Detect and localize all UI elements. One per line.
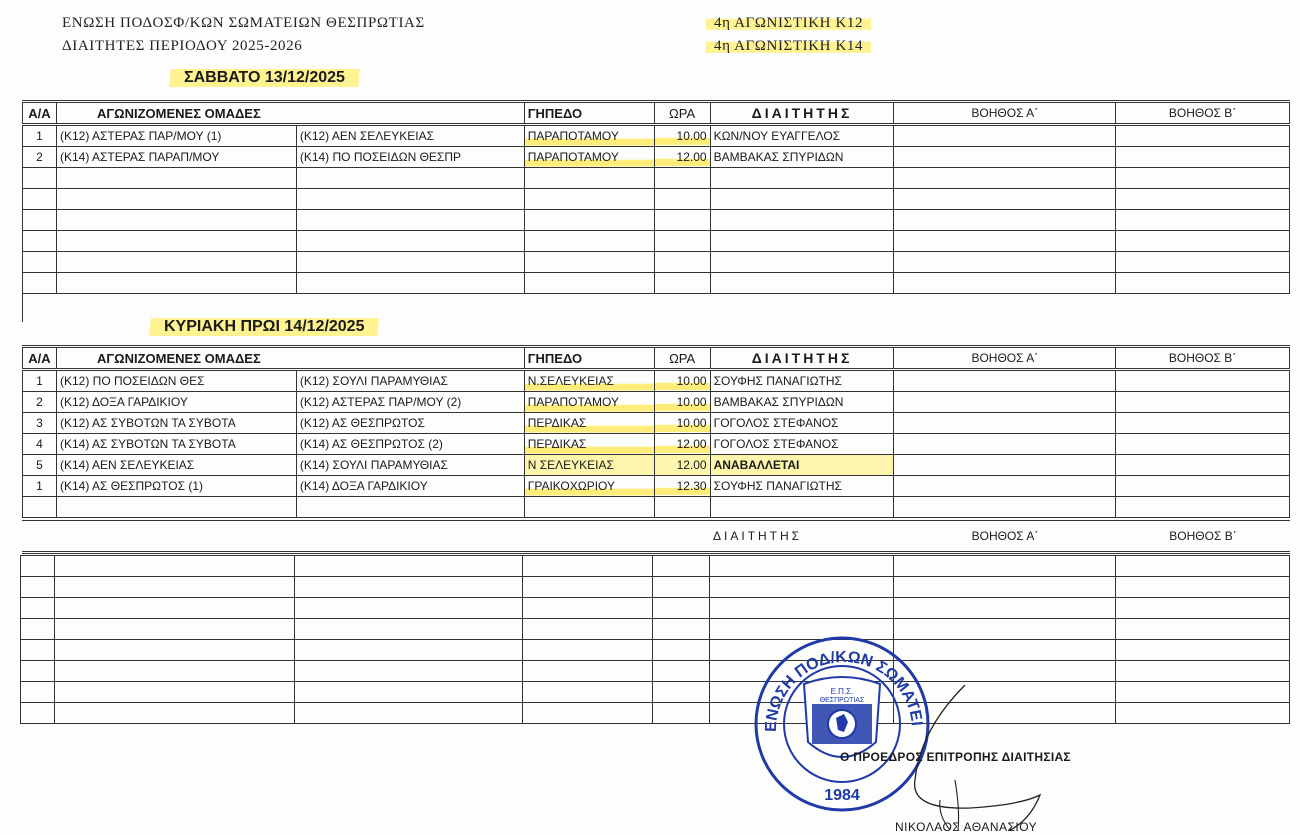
referee-name: ΣΟΥΦΗΣ ΠΑΝΑΓΙΩΤΗΣ bbox=[710, 476, 894, 497]
empty-cell bbox=[894, 273, 1116, 294]
round-k12-label: 4η ΑΓΩΝΙΣΤΙΚΗ Κ12 bbox=[706, 15, 871, 31]
empty-cell bbox=[894, 168, 1116, 189]
empty-cell bbox=[710, 168, 894, 189]
empty-cell bbox=[1116, 168, 1290, 189]
empty-cell bbox=[55, 661, 295, 682]
col-assistant-a: ΒΟΗΘΟΣ Α΄ bbox=[894, 347, 1116, 370]
empty-row bbox=[23, 189, 1290, 210]
empty-row bbox=[23, 210, 1290, 231]
document-header-left: ΕΝΩΣΗ ΠΟΔΟΣΦ/ΚΩΝ ΣΩΜΑΤΕΙΩΝ ΘΕΣΠΡΩΤΙΑΣ ΔΙ… bbox=[62, 12, 425, 58]
empty-cell bbox=[654, 273, 710, 294]
venue: ΠΕΡΔΙΚΑΣ bbox=[524, 434, 654, 455]
assistant-b bbox=[1116, 147, 1290, 168]
empty-cell bbox=[21, 577, 55, 598]
empty-cell bbox=[1115, 556, 1289, 577]
empty-cell bbox=[23, 273, 57, 294]
empty-cell bbox=[295, 661, 523, 682]
table-row: 4(Κ14) ΑΣ ΣΥΒΟΤΩΝ ΤΑ ΣΥΒΟΤΑ(Κ14) ΑΣ ΘΕΣΠ… bbox=[23, 434, 1290, 455]
empty-cell bbox=[1115, 640, 1289, 661]
empty-cell bbox=[296, 168, 524, 189]
empty-cell bbox=[709, 556, 893, 577]
match-number: 5 bbox=[23, 455, 57, 476]
empty-cell bbox=[55, 556, 295, 577]
empty-row bbox=[23, 252, 1290, 273]
away-team: (Κ14) ΑΣ ΘΕΣΠΡΩΤΟΣ (2) bbox=[296, 434, 524, 455]
table-row: 2(Κ14) ΑΣΤΕΡΑΣ ΠΑΡΑΠ/ΜΟΥ(Κ14) ΠΟ ΠΟΣΕΙΔΩ… bbox=[23, 147, 1290, 168]
assistant-a bbox=[894, 392, 1116, 413]
home-team: (Κ14) ΑΣ ΘΕΣΠΡΩΤΟΣ (1) bbox=[56, 476, 296, 497]
empty-cell bbox=[653, 577, 709, 598]
empty-cell bbox=[296, 252, 524, 273]
empty-cell bbox=[21, 640, 55, 661]
table-row: 3(Κ12) ΑΣ ΣΥΒΟΤΩΝ ΤΑ ΣΥΒΟΤΑ(Κ12) ΑΣ ΘΕΣΠ… bbox=[23, 413, 1290, 434]
empty-cell bbox=[894, 497, 1116, 518]
col-time: ΩΡΑ bbox=[654, 102, 710, 125]
table-row: 1(Κ12) ΑΣΤΕΡΑΣ ΠΑΡ/ΜΟΥ (1)(Κ12) ΑΕΝ ΣΕΛΕ… bbox=[23, 125, 1290, 147]
home-team: (Κ12) ΠΟ ΠΟΣΕΙΔΩΝ ΘΕΣ bbox=[56, 370, 296, 392]
match-number: 1 bbox=[23, 476, 57, 497]
col-referee: ΔΙΑΙΤΗΤΗΣ bbox=[710, 347, 894, 370]
empty-row bbox=[21, 619, 1290, 640]
col-venue: ΓΗΠΕΔΟ bbox=[524, 102, 654, 125]
extra-col-assistant-b: ΒΟΗΘΟΣ Β΄ bbox=[1116, 521, 1290, 553]
empty-cell bbox=[894, 210, 1116, 231]
kickoff-time: 10.00 bbox=[654, 125, 710, 147]
empty-cell bbox=[894, 189, 1116, 210]
empty-row bbox=[23, 168, 1290, 189]
home-team: (Κ12) ΑΣ ΣΥΒΟΤΩΝ ΤΑ ΣΥΒΟΤΑ bbox=[56, 413, 296, 434]
empty-cell bbox=[893, 598, 1115, 619]
empty-cell bbox=[710, 252, 894, 273]
empty-cell bbox=[653, 703, 709, 724]
assistant-a bbox=[894, 476, 1116, 497]
svg-text:Ε.Π.Σ.: Ε.Π.Σ. bbox=[831, 687, 854, 696]
empty-row bbox=[21, 577, 1290, 598]
empty-cell bbox=[523, 577, 653, 598]
organization-name: ΕΝΩΣΗ ΠΟΔΟΣΦ/ΚΩΝ ΣΩΜΑΤΕΙΩΝ ΘΕΣΠΡΩΤΙΑΣ bbox=[62, 12, 425, 35]
empty-cell bbox=[653, 598, 709, 619]
col-assistant-a: ΒΟΗΘΟΣ Α΄ bbox=[894, 102, 1116, 125]
venue: ΠΑΡΑΠΟΤΑΜΟΥ bbox=[524, 392, 654, 413]
empty-cell bbox=[523, 556, 653, 577]
away-team: (Κ12) ΣΟΥΛΙ ΠΑΡΑΜΥΘΙΑΣ bbox=[296, 370, 524, 392]
referee-name: ΓΟΓΟΛΟΣ ΣΤΕΦΑΝΟΣ bbox=[710, 434, 894, 455]
assistant-b bbox=[1116, 125, 1290, 147]
assistant-b bbox=[1116, 413, 1290, 434]
assistant-a bbox=[894, 434, 1116, 455]
empty-cell bbox=[23, 168, 57, 189]
empty-cell bbox=[653, 556, 709, 577]
sunday-schedule-table: Α/Α ΑΓΩΝΙΖΟΜΕΝΕΣ ΟΜΑΔΕΣ ΓΗΠΕΔΟ ΩΡΑ ΔΙΑΙΤ… bbox=[22, 345, 1290, 518]
empty-cell bbox=[296, 189, 524, 210]
empty-cell bbox=[710, 273, 894, 294]
empty-cell bbox=[296, 497, 524, 518]
empty-cell bbox=[1116, 189, 1290, 210]
assistant-a bbox=[894, 147, 1116, 168]
empty-cell bbox=[524, 497, 654, 518]
assistant-b bbox=[1116, 455, 1290, 476]
empty-cell bbox=[296, 231, 524, 252]
match-number: 2 bbox=[23, 392, 57, 413]
empty-cell bbox=[1116, 497, 1290, 518]
kickoff-time: 10.00 bbox=[654, 392, 710, 413]
table-row: 5(Κ14) ΑΕΝ ΣΕΛΕΥΚΕΙΑΣ(Κ14) ΣΟΥΛΙ ΠΑΡΑΜΥΘ… bbox=[23, 455, 1290, 476]
col-aa: Α/Α bbox=[23, 347, 57, 370]
empty-cell bbox=[524, 231, 654, 252]
signature-title: Ο ΠΡΟΕΔΡΟΣ ΕΠΙΤΡΟΠΗΣ ΔΙΑΙΤΗΣΙΑΣ bbox=[840, 750, 1071, 764]
empty-cell bbox=[894, 252, 1116, 273]
empty-cell bbox=[21, 598, 55, 619]
venue: Ν ΣΕΛΕΥΚΕΙΑΣ bbox=[524, 455, 654, 476]
table-row: 1(Κ14) ΑΣ ΘΕΣΠΡΩΤΟΣ (1)(Κ14) ΔΟΞΑ ΓΑΡΔΙΚ… bbox=[23, 476, 1290, 497]
empty-cell bbox=[295, 682, 523, 703]
empty-cell bbox=[55, 619, 295, 640]
empty-row bbox=[23, 497, 1290, 518]
empty-cell bbox=[56, 497, 296, 518]
assistant-b bbox=[1116, 434, 1290, 455]
empty-cell bbox=[710, 189, 894, 210]
empty-cell bbox=[56, 273, 296, 294]
empty-cell bbox=[23, 497, 57, 518]
empty-cell bbox=[295, 619, 523, 640]
empty-cell bbox=[23, 252, 57, 273]
referee-name: ΑΝΑΒΑΛΛΕΤΑΙ bbox=[710, 455, 894, 476]
empty-cell bbox=[894, 231, 1116, 252]
empty-cell bbox=[654, 231, 710, 252]
empty-cell bbox=[1115, 661, 1289, 682]
season-label: ΔΙΑΙΤΗΤΕΣ ΠΕΡΙΟΔΟΥ 2025-2026 bbox=[62, 35, 425, 58]
venue: Ν.ΣΕΛΕΥΚΕΙΑΣ bbox=[524, 370, 654, 392]
col-assistant-b: ΒΟΗΘΟΣ Β΄ bbox=[1116, 347, 1290, 370]
empty-cell bbox=[56, 231, 296, 252]
empty-cell bbox=[1116, 252, 1290, 273]
venue: ΠΑΡΑΠΟΤΑΜΟΥ bbox=[524, 125, 654, 147]
referee-name: ΒΑΜΒΑΚΑΣ ΣΠΥΡΙΔΩΝ bbox=[710, 392, 894, 413]
away-team: (Κ14) ΠΟ ΠΟΣΕΙΔΩΝ ΘΕΣΠΡ bbox=[296, 147, 524, 168]
empty-cell bbox=[56, 252, 296, 273]
empty-cell bbox=[709, 577, 893, 598]
empty-cell bbox=[1115, 577, 1289, 598]
empty-cell bbox=[523, 682, 653, 703]
kickoff-time: 10.00 bbox=[654, 370, 710, 392]
empty-cell bbox=[1115, 682, 1289, 703]
saturday-title: ΣΑΒΒΑΤΟ 13/12/2025 bbox=[169, 69, 360, 87]
empty-cell bbox=[523, 619, 653, 640]
empty-cell bbox=[893, 556, 1115, 577]
col-teams: ΑΓΩΝΙΖΟΜΕΝΕΣ ΟΜΑΔΕΣ bbox=[56, 102, 524, 125]
empty-cell bbox=[710, 210, 894, 231]
home-team: (Κ12) ΑΣΤΕΡΑΣ ΠΑΡ/ΜΟΥ (1) bbox=[56, 125, 296, 147]
empty-cell bbox=[23, 231, 57, 252]
empty-cell bbox=[23, 189, 57, 210]
round-k14-label: 4η ΑΓΩΝΙΣΤΙΚΗ Κ14 bbox=[706, 38, 871, 54]
extra-section-header: ΔΙΑΙΤΗΤΗΣ ΒΟΗΘΟΣ Α΄ ΒΟΗΘΟΣ Β΄ bbox=[22, 520, 1290, 554]
home-team: (Κ14) ΑΣ ΣΥΒΟΤΩΝ ΤΑ ΣΥΒΟΤΑ bbox=[56, 434, 296, 455]
empty-cell bbox=[524, 273, 654, 294]
empty-cell bbox=[295, 598, 523, 619]
empty-cell bbox=[524, 168, 654, 189]
empty-cell bbox=[56, 189, 296, 210]
empty-row bbox=[21, 661, 1290, 682]
empty-cell bbox=[55, 577, 295, 598]
empty-cell bbox=[654, 210, 710, 231]
empty-cell bbox=[653, 661, 709, 682]
empty-cell bbox=[524, 189, 654, 210]
empty-cell bbox=[654, 189, 710, 210]
empty-cell bbox=[21, 682, 55, 703]
match-number: 2 bbox=[23, 147, 57, 168]
empty-cell bbox=[295, 640, 523, 661]
match-number: 3 bbox=[23, 413, 57, 434]
empty-cell bbox=[653, 640, 709, 661]
empty-cell bbox=[1116, 210, 1290, 231]
assistant-b bbox=[1116, 392, 1290, 413]
empty-cell bbox=[709, 598, 893, 619]
saturday-schedule-table: Α/Α ΑΓΩΝΙΖΟΜΕΝΕΣ ΟΜΑΔΕΣ ΓΗΠΕΔΟ ΩΡΑ ΔΙΑΙΤ… bbox=[22, 100, 1290, 322]
col-aa: Α/Α bbox=[23, 102, 57, 125]
away-team: (Κ12) ΑΕΝ ΣΕΛΕΥΚΕΙΑΣ bbox=[296, 125, 524, 147]
empty-row bbox=[23, 231, 1290, 252]
extra-col-referee: ΔΙΑΙΤΗΤΗΣ bbox=[710, 521, 894, 553]
empty-cell bbox=[523, 598, 653, 619]
empty-cell bbox=[654, 497, 710, 518]
empty-cell bbox=[21, 619, 55, 640]
table-header-row: Α/Α ΑΓΩΝΙΖΟΜΕΝΕΣ ΟΜΑΔΕΣ ΓΗΠΕΔΟ ΩΡΑ ΔΙΑΙΤ… bbox=[23, 347, 1290, 370]
empty-cell bbox=[295, 577, 523, 598]
empty-row bbox=[21, 640, 1290, 661]
empty-cell bbox=[653, 682, 709, 703]
empty-cell bbox=[1115, 703, 1289, 724]
match-number: 1 bbox=[23, 125, 57, 147]
kickoff-time: 12.00 bbox=[654, 455, 710, 476]
empty-row bbox=[21, 556, 1290, 577]
kickoff-time: 12.00 bbox=[654, 434, 710, 455]
empty-cell bbox=[1116, 273, 1290, 294]
assistant-a bbox=[894, 125, 1116, 147]
empty-cell bbox=[524, 252, 654, 273]
assistant-b bbox=[1116, 476, 1290, 497]
empty-row bbox=[21, 598, 1290, 619]
kickoff-time: 12.30 bbox=[654, 476, 710, 497]
empty-cell bbox=[523, 640, 653, 661]
table-header-row: Α/Α ΑΓΩΝΙΖΟΜΕΝΕΣ ΟΜΑΔΕΣ ΓΗΠΕΔΟ ΩΡΑ ΔΙΑΙΤ… bbox=[23, 102, 1290, 125]
away-team: (Κ12) ΑΣΤΕΡΑΣ ΠΑΡ/ΜΟΥ (2) bbox=[296, 392, 524, 413]
empty-cell bbox=[710, 231, 894, 252]
kickoff-time: 10.00 bbox=[654, 413, 710, 434]
document-header-right: 4η ΑΓΩΝΙΣΤΙΚΗ Κ12 4η ΑΓΩΝΙΣΤΙΚΗ Κ14 bbox=[706, 12, 871, 58]
col-time: ΩΡΑ bbox=[654, 347, 710, 370]
empty-cell bbox=[55, 598, 295, 619]
empty-cell bbox=[23, 210, 57, 231]
assistant-a bbox=[894, 413, 1116, 434]
empty-cell bbox=[55, 703, 295, 724]
empty-cell bbox=[523, 661, 653, 682]
kickoff-time: 12.00 bbox=[654, 147, 710, 168]
empty-cell bbox=[1116, 231, 1290, 252]
assistant-b bbox=[1116, 370, 1290, 392]
empty-cell bbox=[653, 619, 709, 640]
empty-cell bbox=[893, 577, 1115, 598]
empty-cell bbox=[710, 497, 894, 518]
col-venue: ΓΗΠΕΔΟ bbox=[524, 347, 654, 370]
empty-cell bbox=[1115, 619, 1289, 640]
empty-cell bbox=[523, 703, 653, 724]
assistant-a bbox=[894, 455, 1116, 476]
extra-col-assistant-a: ΒΟΗΘΟΣ Α΄ bbox=[894, 521, 1116, 553]
home-team: (Κ14) ΑΣΤΕΡΑΣ ΠΑΡΑΠ/ΜΟΥ bbox=[56, 147, 296, 168]
svg-text:ΘΕΣΠΡΩΤΙΑΣ: ΘΕΣΠΡΩΤΙΑΣ bbox=[820, 697, 865, 704]
venue: ΠΑΡΑΠΟΤΑΜΟΥ bbox=[524, 147, 654, 168]
away-team: (Κ14) ΔΟΞΑ ΓΑΡΔΙΚΙΟΥ bbox=[296, 476, 524, 497]
col-referee: ΔΙΑΙΤΗΤΗΣ bbox=[710, 102, 894, 125]
empty-cell bbox=[296, 273, 524, 294]
referee-name: ΚΩΝ/ΝΟΥ ΕΥΑΓΓΕΛΟΣ bbox=[710, 125, 894, 147]
svg-text:1984: 1984 bbox=[824, 787, 860, 804]
empty-cell bbox=[56, 210, 296, 231]
col-assistant-b: ΒΟΗΘΟΣ Β΄ bbox=[1116, 102, 1290, 125]
empty-cell bbox=[1115, 598, 1289, 619]
table-row: 1(Κ12) ΠΟ ΠΟΣΕΙΔΩΝ ΘΕΣ(Κ12) ΣΟΥΛΙ ΠΑΡΑΜΥ… bbox=[23, 370, 1290, 392]
empty-cell bbox=[55, 640, 295, 661]
away-team: (Κ12) ΑΣ ΘΕΣΠΡΩΤΟΣ bbox=[296, 413, 524, 434]
home-team: (Κ12) ΔΟΞΑ ΓΑΡΔΙΚΙΟΥ bbox=[56, 392, 296, 413]
match-number: 4 bbox=[23, 434, 57, 455]
empty-cell bbox=[55, 682, 295, 703]
referee-name: ΒΑΜΒΑΚΑΣ ΣΠΥΡΙΔΩΝ bbox=[710, 147, 894, 168]
empty-cell bbox=[21, 703, 55, 724]
empty-cell bbox=[56, 168, 296, 189]
home-team: (Κ14) ΑΕΝ ΣΕΛΕΥΚΕΙΑΣ bbox=[56, 455, 296, 476]
empty-cell bbox=[295, 556, 523, 577]
match-number: 1 bbox=[23, 370, 57, 392]
empty-cell bbox=[296, 210, 524, 231]
empty-cell bbox=[21, 661, 55, 682]
assistant-a bbox=[894, 370, 1116, 392]
venue: ΠΕΡΔΙΚΑΣ bbox=[524, 413, 654, 434]
empty-cell bbox=[21, 556, 55, 577]
table-row: 2(Κ12) ΔΟΞΑ ΓΑΡΔΙΚΙΟΥ(Κ12) ΑΣΤΕΡΑΣ ΠΑΡ/Μ… bbox=[23, 392, 1290, 413]
referee-name: ΣΟΥΦΗΣ ΠΑΝΑΓΙΩΤΗΣ bbox=[710, 370, 894, 392]
referee-name: ΓΟΓΟΛΟΣ ΣΤΕΦΑΝΟΣ bbox=[710, 413, 894, 434]
venue: ΓΡΑΙΚΟΧΩΡΙΟΥ bbox=[524, 476, 654, 497]
empty-row bbox=[23, 273, 1290, 294]
empty-cell bbox=[654, 168, 710, 189]
signature-name: ΝΙΚΟΛΑΟΣ ΑΘΑΝΑΣΙΟΥ bbox=[895, 820, 1037, 834]
col-teams: ΑΓΩΝΙΖΟΜΕΝΕΣ ΟΜΑΔΕΣ bbox=[56, 347, 524, 370]
sunday-title: ΚΥΡΙΑΚΗ ΠΡΩΙ 14/12/2025 bbox=[149, 318, 379, 336]
empty-cell bbox=[295, 703, 523, 724]
away-team: (Κ14) ΣΟΥΛΙ ΠΑΡΑΜΥΘΙΑΣ bbox=[296, 455, 524, 476]
empty-cell bbox=[654, 252, 710, 273]
empty-cell bbox=[524, 210, 654, 231]
